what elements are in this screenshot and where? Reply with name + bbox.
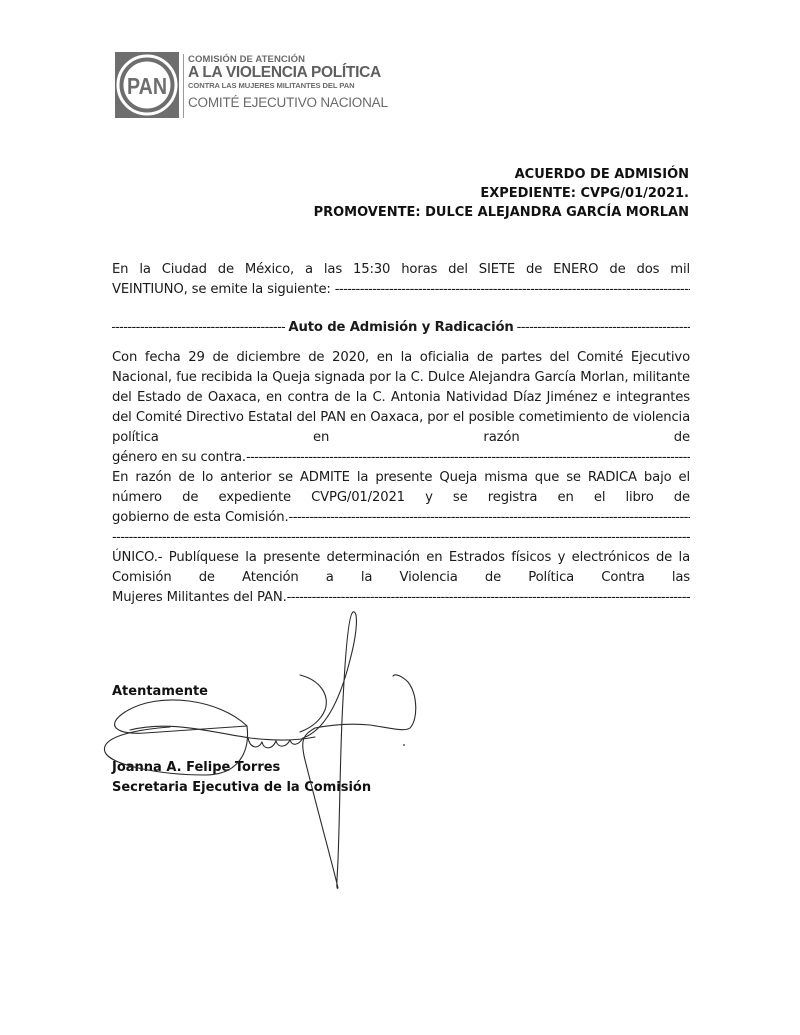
closing-regards: Atentamente <box>112 682 208 702</box>
document-header: ACUERDO DE ADMISIÓN EXPEDIENTE: CVPG/01/… <box>314 165 689 222</box>
svg-text:PAN: PAN <box>127 73 167 99</box>
expediente-number: EXPEDIENTE: CVPG/01/2021. <box>314 184 689 203</box>
logo-line-4: COMITÉ EJECUTIVO NACIONAL <box>188 94 388 112</box>
paragraph-complaint-end: género en su contra.--------------------… <box>112 448 690 468</box>
paragraph-admission: En razón de lo anterior se ADMITE la pre… <box>112 468 690 508</box>
logo-text: COMISIÓN DE ATENCIÓN A LA VIOLENCIA POLÍ… <box>188 54 388 112</box>
organization-logo: PAN COMISIÓN DE ATENCIÓN A LA VIOLENCIA … <box>115 52 395 122</box>
signer-role: Secretaria Ejecutiva de la Comisión <box>112 778 371 798</box>
intro-paragraph: En la Ciudad de México, a las 15:30 hora… <box>112 260 690 300</box>
pan-logo-icon: PAN <box>115 52 179 118</box>
paragraph-complaint: Con fecha 29 de diciembre de 2020, en la… <box>112 348 690 448</box>
paragraph-admission-end: gobierno de esta Comisión.--------------… <box>112 508 690 528</box>
body-paragraphs: Con fecha 29 de diciembre de 2020, en la… <box>112 348 690 608</box>
logo-line-2: A LA VIOLENCIA POLÍTICA <box>188 65 388 81</box>
section-title: Auto de Admisión y Radicación <box>285 318 516 338</box>
separator-line: ----------------------------------------… <box>112 528 690 548</box>
signer-name: Joanna A. Felipe Torres <box>112 758 371 778</box>
handwritten-signature <box>100 600 450 900</box>
logo-line-3: CONTRA LAS MUJERES MILITANTES DEL PAN <box>188 81 388 91</box>
paragraph-resolution: ÚNICO.- Publíquese la presente determina… <box>112 548 690 588</box>
intro-line-1: En la Ciudad de México, a las 15:30 hora… <box>112 260 690 280</box>
intro-line-2: VEINTIUNO, se emite la siguiente: ------… <box>112 280 690 300</box>
paragraph-resolution-end: Mujeres Militantes del PAN.-------------… <box>112 588 690 608</box>
logo-divider <box>183 54 184 118</box>
document-title: ACUERDO DE ADMISIÓN <box>314 165 689 184</box>
signer-block: Joanna A. Felipe Torres Secretaria Ejecu… <box>112 758 371 798</box>
promovente: PROMOVENTE: DULCE ALEJANDRA GARCÍA MORLA… <box>314 203 689 222</box>
section-title-row: ----------------------------------------… <box>112 318 690 338</box>
